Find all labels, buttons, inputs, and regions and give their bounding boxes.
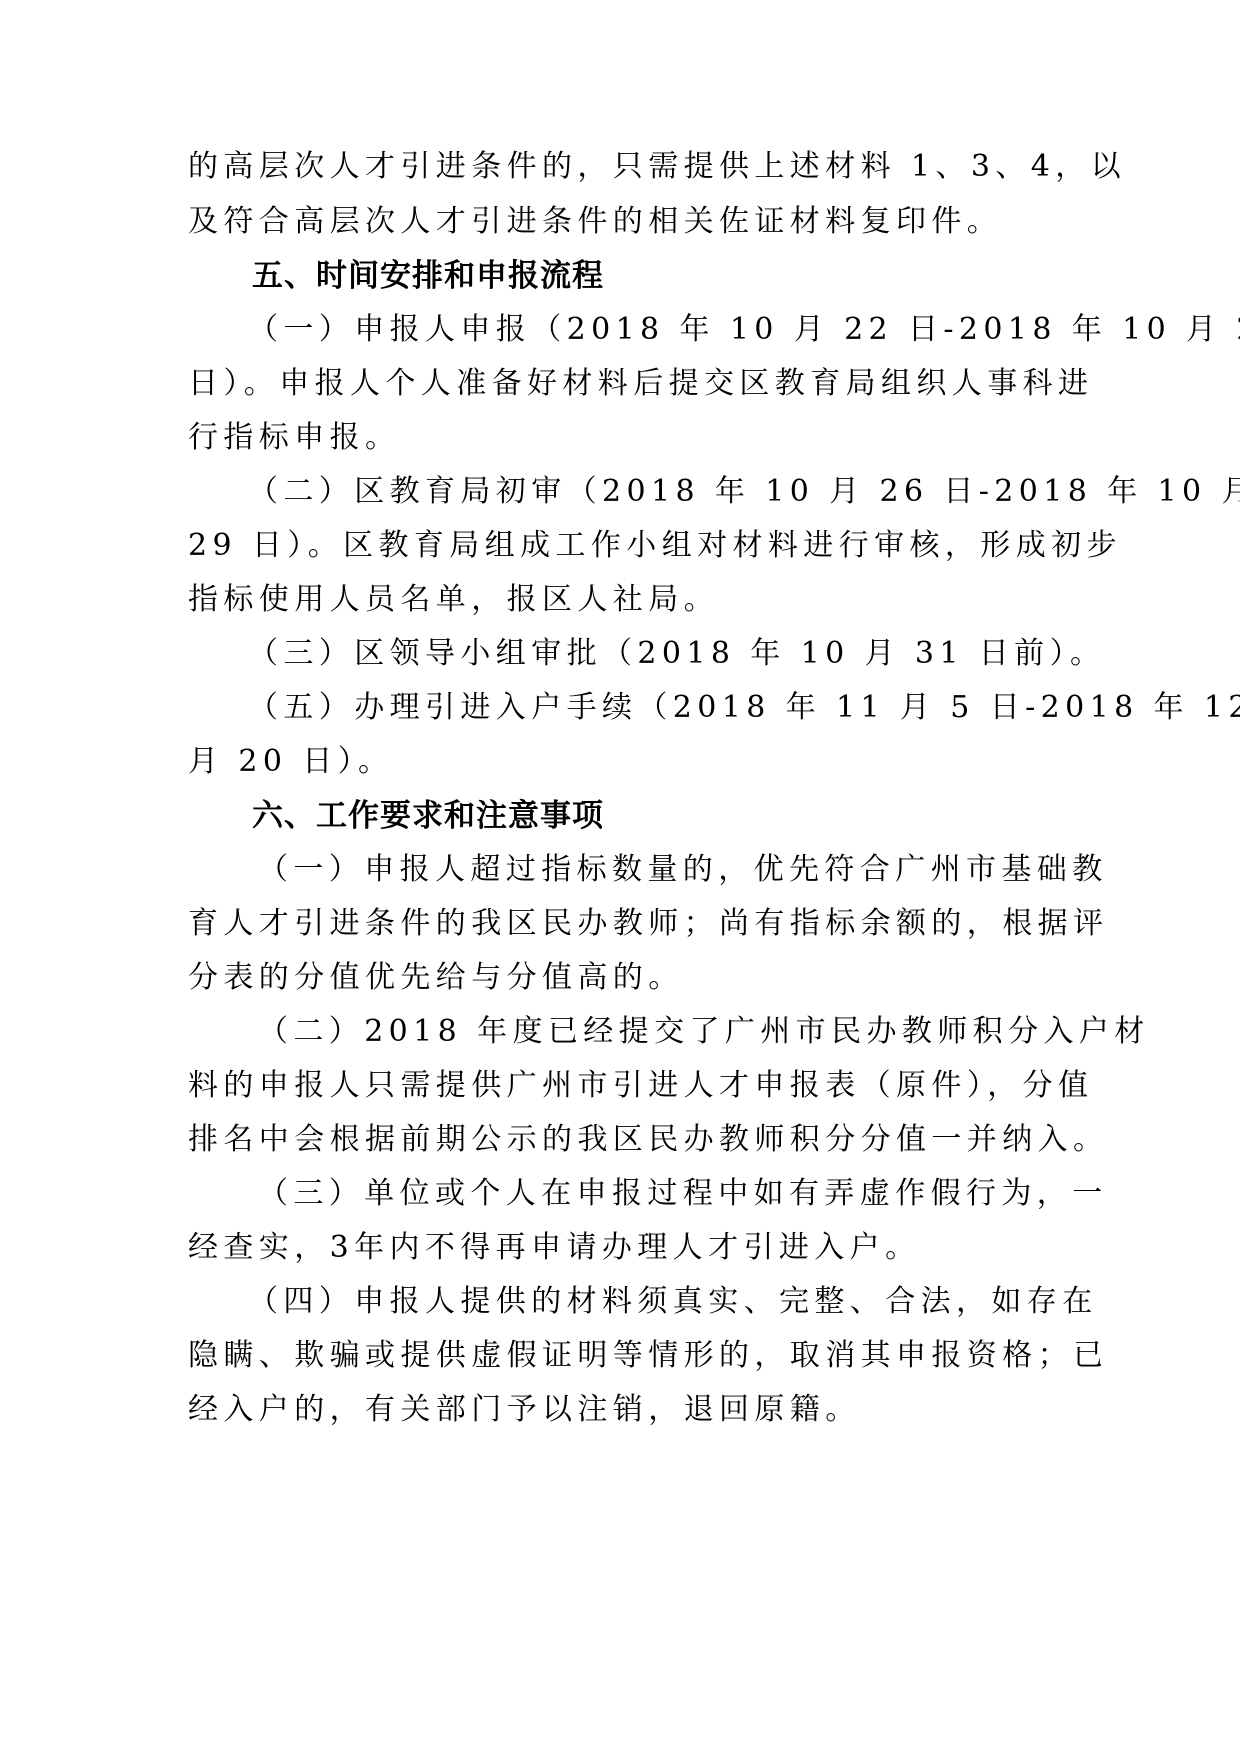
paragraph-line: 指标使用人员名单，报区人社局。 [188, 580, 1056, 620]
paragraph-line: （一）申报人申报（2018 年 10 月 22 日-2018 年 10 月 25 [248, 310, 1056, 350]
paragraph-line: 的高层次人才引进条件的，只需提供上述材料 1、3、4，以 [188, 147, 1056, 187]
paragraph-line: （一）申报人超过指标数量的，优先符合广州市基础教 [258, 850, 1056, 890]
paragraph-line: 行指标申报。 [188, 418, 1056, 458]
paragraph-line: 经入户的，有关部门予以注销，退回原籍。 [188, 1390, 1056, 1430]
paragraph-line: 29 日）。区教育局组成工作小组对材料进行审核，形成初步 [188, 526, 1056, 566]
paragraph-line: 日）。申报人个人准备好材料后提交区教育局组织人事科进 [188, 364, 1056, 404]
paragraph-line: 分表的分值优先给与分值高的。 [188, 958, 1056, 998]
paragraph-line: 育人才引进条件的我区民办教师；尚有指标余额的，根据评 [188, 904, 1056, 944]
paragraph-line: 料的申报人只需提供广州市引进人才申报表（原件），分值 [188, 1066, 1056, 1106]
paragraph-line: 隐瞒、欺骗或提供虚假证明等情形的，取消其申报资格；已 [188, 1336, 1056, 1376]
section-heading-five: 五、时间安排和申报流程 [252, 256, 604, 296]
paragraph-line: （三）单位或个人在申报过程中如有弄虚作假行为，一 [258, 1174, 1056, 1214]
paragraph-line: （五）办理引进入户手续（2018 年 11 月 5 日-2018 年 12 [248, 688, 1056, 728]
paragraph-line: （二）区教育局初审（2018 年 10 月 26 日-2018 年 10 月 [248, 472, 1056, 512]
paragraph-line: （二）2018 年度已经提交了广州市民办教师积分入户材 [258, 1012, 1056, 1052]
document-page: 的高层次人才引进条件的，只需提供上述材料 1、3、4，以 及符合高层次人才引进条… [0, 0, 1240, 1753]
paragraph-line: 经查实，3年内不得再申请办理人才引进入户。 [188, 1228, 1056, 1268]
paragraph-line: 排名中会根据前期公示的我区民办教师积分分值一并纳入。 [188, 1120, 1056, 1160]
paragraph-line: （三）区领导小组审批（2018 年 10 月 31 日前）。 [248, 634, 1056, 674]
paragraph-line: 月 20 日）。 [188, 742, 1056, 782]
paragraph-line: 及符合高层次人才引进条件的相关佐证材料复印件。 [188, 202, 1056, 242]
section-heading-six: 六、工作要求和注意事项 [252, 796, 604, 836]
paragraph-line: （四）申报人提供的材料须真实、完整、合法，如存在 [248, 1282, 1056, 1322]
